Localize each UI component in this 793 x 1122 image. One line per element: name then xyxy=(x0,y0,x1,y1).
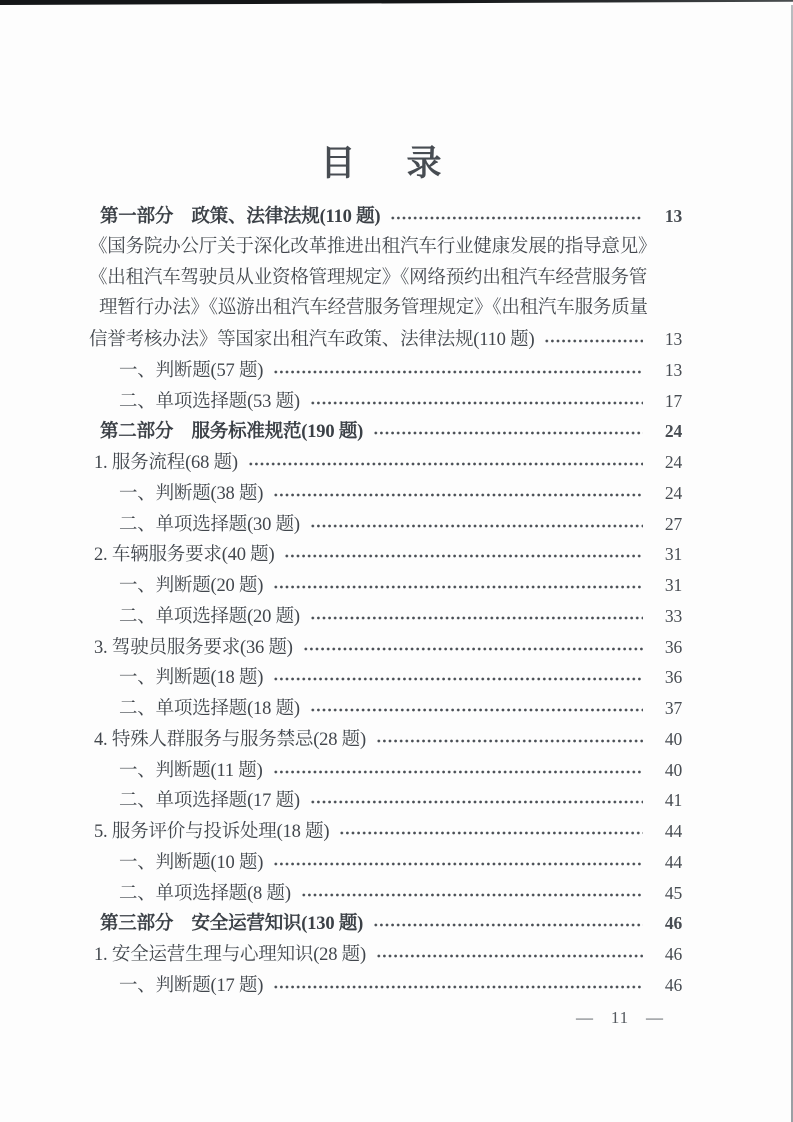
toc-row: 第二部分 服务标准规范(190 题)24 xyxy=(88,416,682,447)
dot-leader xyxy=(273,860,643,868)
toc-row: 5. 服务评价与投诉处理(18 题)44 xyxy=(88,816,682,847)
toc-entry-text: 一、判断题(17 题) xyxy=(119,971,263,1002)
toc-row: 第三部分 安全运营知识(130 题)46 xyxy=(88,908,682,939)
toc-entry-text: 二、单项选择题(30 题) xyxy=(119,510,300,541)
dot-leader xyxy=(310,614,643,622)
toc-row: 一、判断题(11 题)40 xyxy=(88,755,682,786)
footer-page-number: 11 xyxy=(611,1008,629,1028)
dot-leader xyxy=(273,583,643,591)
dot-leader xyxy=(273,768,643,776)
toc-entry-text: 一、判断题(38 题) xyxy=(119,479,263,510)
toc-row: 二、单项选择题(8 题)45 xyxy=(88,878,682,909)
toc-entry-text: 二、单项选择题(17 题) xyxy=(119,786,300,817)
dot-leader xyxy=(301,891,643,899)
dot-leader xyxy=(310,798,643,806)
toc-entry-text: 一、判断题(18 题) xyxy=(119,663,263,694)
page-title: 目 录 xyxy=(88,140,682,188)
toc-row: 二、单项选择题(30 题)27 xyxy=(88,509,682,540)
toc-entry-text: 二、单项选择题(53 题) xyxy=(119,387,300,418)
toc-page-number: 37 xyxy=(650,693,682,724)
dot-leader xyxy=(273,368,643,376)
toc-row: 二、单项选择题(18 题)37 xyxy=(88,693,682,724)
toc-page-number: 31 xyxy=(650,539,682,570)
toc-entry-text: 1. 服务流程(68 题) xyxy=(94,448,238,479)
toc-row: 理暂行办法》《巡游出租汽车经营服务管理规定》《出租汽车服务质量 xyxy=(88,293,682,324)
toc-entry-text: 一、判断题(11 题) xyxy=(119,756,263,787)
toc-entry-text: 第三部分 安全运营知识(130 题) xyxy=(100,909,363,940)
toc-entry-text: 一、判断题(20 题) xyxy=(119,571,263,602)
toc-page-number: 13 xyxy=(650,324,682,355)
toc-page-number: 24 xyxy=(650,478,682,509)
dot-leader xyxy=(310,522,643,530)
toc-entry-text: 二、单项选择题(18 题) xyxy=(119,694,300,725)
toc-entry-text: 二、单项选择题(8 题) xyxy=(119,879,291,910)
toc-page-number: 13 xyxy=(650,201,682,232)
toc-entry-text: 《国务院办公厅关于深化改革推进出租汽车行业健康发展的指导意见》 xyxy=(89,232,656,263)
toc-row: 一、判断题(17 题)46 xyxy=(88,970,682,1001)
footer-dash-right: — xyxy=(646,1008,664,1028)
toc-entry-text: 《出租汽车驾驶员从业资格管理规定》《网络预约出租汽车经营服务管 xyxy=(89,263,647,294)
dot-leader xyxy=(544,337,643,345)
footer-dash-left: — xyxy=(576,1008,594,1028)
toc-page-number: 24 xyxy=(650,416,682,447)
toc-page-number: 44 xyxy=(650,847,682,878)
toc-page-number: 24 xyxy=(650,447,682,478)
toc-entry-text: 二、单项选择题(20 题) xyxy=(119,602,300,633)
toc-row: 一、判断题(38 题)24 xyxy=(88,478,682,509)
toc-page-number: 13 xyxy=(650,355,682,386)
toc-entry-text: 第一部分 政策、法律法规(110 题) xyxy=(100,202,380,233)
toc-row: 一、判断题(57 题)13 xyxy=(88,355,682,386)
dot-leader xyxy=(273,983,643,991)
dot-leader xyxy=(390,214,643,222)
toc-row: 一、判断题(10 题)44 xyxy=(88,847,682,878)
dot-leader xyxy=(284,552,643,560)
toc-row: 第一部分 政策、法律法规(110 题)13 xyxy=(88,201,682,232)
dot-leader xyxy=(310,706,643,714)
toc-row: 4. 特殊人群服务与服务禁忌(28 题)40 xyxy=(88,724,682,755)
page-footer: — 11 — xyxy=(576,1008,664,1034)
toc-page-number: 33 xyxy=(650,601,682,632)
dot-leader xyxy=(310,399,643,407)
toc-page-number: 40 xyxy=(650,724,682,755)
toc-row: 二、单项选择题(20 题)33 xyxy=(88,601,682,632)
toc-entry-text: 4. 特殊人群服务与服务禁忌(28 题) xyxy=(94,725,366,756)
toc-entry-text: 3. 驾驶员服务要求(36 题) xyxy=(94,633,293,664)
toc-page-number: 36 xyxy=(650,662,682,693)
toc-page-number: 46 xyxy=(650,970,682,1001)
toc-row: 二、单项选择题(17 题)41 xyxy=(88,785,682,816)
toc-row: 1. 服务流程(68 题)24 xyxy=(88,447,682,478)
toc-entry-text: 1. 安全运营生理与心理知识(28 题) xyxy=(94,940,366,971)
dot-leader xyxy=(273,491,643,499)
dot-leader xyxy=(376,952,643,960)
dot-leader xyxy=(339,829,643,837)
toc-entry-text: 第二部分 服务标准规范(190 题) xyxy=(100,417,363,448)
toc-row: 信誉考核办法》等国家出租汽车政策、法律法规(110 题)13 xyxy=(88,324,682,355)
toc-page-number: 27 xyxy=(650,509,682,540)
toc-page-number: 46 xyxy=(650,908,682,939)
toc-row: 3. 驾驶员服务要求(36 题)36 xyxy=(88,632,682,663)
toc-row: 一、判断题(18 题)36 xyxy=(88,662,682,693)
toc-row: 二、单项选择题(53 题)17 xyxy=(88,386,682,417)
toc-page-number: 45 xyxy=(650,878,682,909)
toc-entry-text: 理暂行办法》《巡游出租汽车经营服务管理规定》《出租汽车服务质量 xyxy=(99,293,648,324)
toc-page-number: 41 xyxy=(650,785,682,816)
dot-leader xyxy=(376,737,643,745)
toc-row: 2. 车辆服务要求(40 题)31 xyxy=(88,539,682,570)
dot-leader xyxy=(248,460,643,468)
toc-entry-text: 2. 车辆服务要求(40 题) xyxy=(94,540,274,571)
toc-row: 1. 安全运营生理与心理知识(28 题)46 xyxy=(88,939,682,970)
toc-row: 一、判断题(20 题)31 xyxy=(88,570,682,601)
dot-leader xyxy=(273,675,643,683)
toc-row: 《国务院办公厅关于深化改革推进出租汽车行业健康发展的指导意见》 xyxy=(88,232,682,263)
toc-page: 目 录 第一部分 政策、法律法规(110 题)13《国务院办公厅关于深化改革推进… xyxy=(88,140,682,1001)
toc-entry-text: 信誉考核办法》等国家出租汽车政策、法律法规(110 题) xyxy=(89,325,534,356)
dot-leader xyxy=(373,921,643,929)
dot-leader xyxy=(303,645,643,653)
toc-entry-text: 5. 服务评价与投诉处理(18 题) xyxy=(94,817,329,848)
scan-edge-top xyxy=(0,0,793,5)
toc-list: 第一部分 政策、法律法规(110 题)13《国务院办公厅关于深化改革推进出租汽车… xyxy=(88,201,682,1001)
toc-page-number: 36 xyxy=(650,632,682,663)
toc-page-number: 17 xyxy=(650,386,682,417)
toc-page-number: 46 xyxy=(650,939,682,970)
toc-page-number: 40 xyxy=(650,755,682,786)
dot-leader xyxy=(373,429,643,437)
toc-row: 《出租汽车驾驶员从业资格管理规定》《网络预约出租汽车经营服务管 xyxy=(88,263,682,294)
toc-entry-text: 一、判断题(57 题) xyxy=(119,356,263,387)
toc-entry-text: 一、判断题(10 题) xyxy=(119,848,263,879)
toc-page-number: 31 xyxy=(650,570,682,601)
toc-page-number: 44 xyxy=(650,816,682,847)
